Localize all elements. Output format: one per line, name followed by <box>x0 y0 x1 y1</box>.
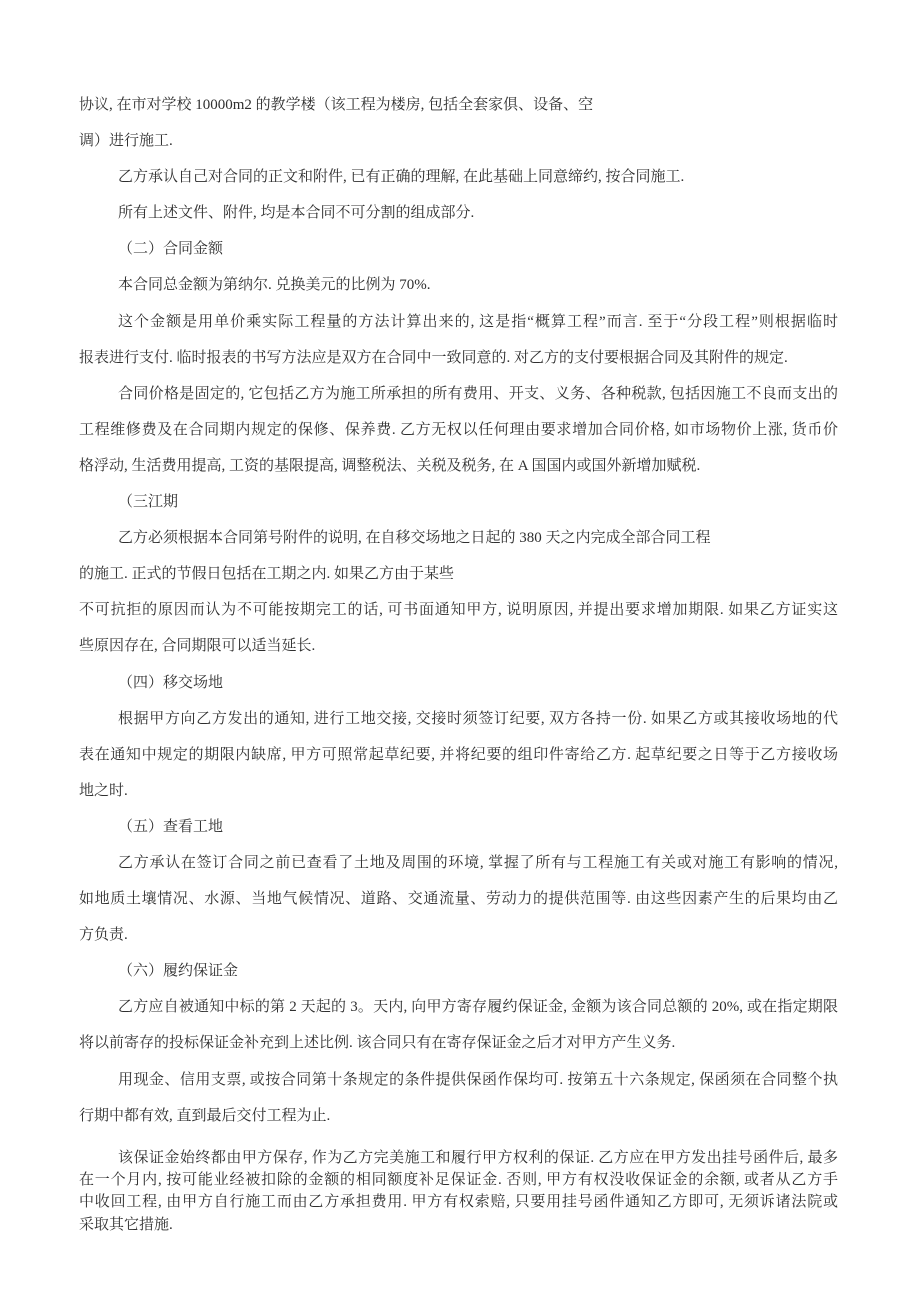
text-line: 行期中都有效, 直到最后交付工程为止. <box>79 1098 838 1134</box>
text-line: 格浮动, 生活费用提高, 工资的基限提高, 调整税法、关税及税务, 在 A 国国… <box>79 448 838 484</box>
text-line: 些原因存在, 合同期限可以适当延长. <box>79 628 838 664</box>
text-line: （三江期 <box>79 484 838 520</box>
text-line: 这个金额是用单价乘实际工程量的方法计算出来的, 这是指“概算工程”而言. 至于“… <box>79 304 838 340</box>
text-line: （六）履约保证金 <box>79 953 838 989</box>
text-line: 乙方承认在签订合同之前已查看了土地及周围的环境, 掌握了所有与工程施工有关或对施… <box>79 845 838 881</box>
text-line: 乙方承认自己对合同的正文和附件, 已有正确的理解, 在此基础上同意缔约, 按合同… <box>79 159 838 195</box>
text-line: 乙方应自被通知中标的第 2 天起的 3。天内, 向甲方寄存履约保证金, 金额为该… <box>79 989 838 1025</box>
text-line: 调）进行施工. <box>79 123 838 159</box>
text-line: 表在通知中规定的期限内缺席, 甲方可照常起草纪要, 并将纪要的组印件寄给乙方. … <box>79 737 838 773</box>
text-line: 地之时. <box>79 773 838 809</box>
text-line: 所有上述文件、附件, 均是本合同不可分割的组成部分. <box>79 195 838 231</box>
text-line: 本合同总金额为第纳尔. 兑换美元的比例为 70%. <box>79 267 838 303</box>
text-line: 该保证金始终都由甲方保存, 作为乙方完美施工和履行甲方权利的保证. 乙方应在甲方… <box>79 1147 838 1169</box>
text-line: 报表进行支付. 临时报表的书写方法应是双方在合同中一致同意的. 对乙方的支付要根… <box>79 340 838 376</box>
text-line: （五）查看工地 <box>79 809 838 845</box>
text-line: 采取其它措施. <box>79 1214 838 1236</box>
text-line: 的施工. 正式的节假日包括在工期之内. 如果乙方由于某些 <box>79 556 838 592</box>
text-line: 合同价格是固定的, 它包括乙方为施工所承担的所有费用、开支、义务、各种税款, 包… <box>79 376 838 412</box>
text-line: 不可抗拒的原因而认为不可能按期完工的话, 可书面通知甲方, 说明原因, 并提出要… <box>79 592 838 628</box>
text-line: 如地质土壤情况、水源、当地气候情况、道路、交通流量、劳动力的提供范围等. 由这些… <box>79 881 838 917</box>
closing-paragraph: 该保证金始终都由甲方保存, 作为乙方完美施工和履行甲方权利的保证. 乙方应在甲方… <box>79 1147 838 1236</box>
text-line: （四）移交场地 <box>79 665 838 701</box>
text-line: 根据甲方向乙方发出的通知, 进行工地交接, 交接时须签订纪要, 双方各持一份. … <box>79 701 838 737</box>
text-line: 中收回工程, 由甲方自行施工而由乙方承担费用. 甲方有权索赔, 只要用挂号函件通… <box>79 1191 838 1213</box>
document-body-text: 协议, 在市对学校 10000m2 的教学楼（该工程为楼房, 包括全套家俱、设备… <box>79 87 838 1134</box>
text-line: 方负责. <box>79 917 838 953</box>
text-line: 将以前寄存的投标保证金补充到上述比例. 该合同只有在寄存保证金之后才对甲方产生义… <box>79 1025 838 1061</box>
text-line: 在一个月内, 按可能业经被扣除的金额的相同额度补足保证金. 否则, 甲方有权没收… <box>79 1169 838 1191</box>
document-page: 协议, 在市对学校 10000m2 的教学楼（该工程为楼房, 包括全套家俱、设备… <box>0 0 920 1301</box>
text-line: 工程维修费及在合同期内规定的保修、保养费. 乙方无权以任何理由要求增加合同价格,… <box>79 412 838 448</box>
text-line: 乙方必须根据本合同第号附件的说明, 在自移交场地之日起的 380 天之内完成全部… <box>79 520 838 556</box>
text-line: 协议, 在市对学校 10000m2 的教学楼（该工程为楼房, 包括全套家俱、设备… <box>79 87 838 123</box>
text-line: 用现金、信用支票, 或按合同第十条规定的条件提供保函作保均可. 按第五十六条规定… <box>79 1062 838 1098</box>
text-line: （二）合同金额 <box>79 231 838 267</box>
